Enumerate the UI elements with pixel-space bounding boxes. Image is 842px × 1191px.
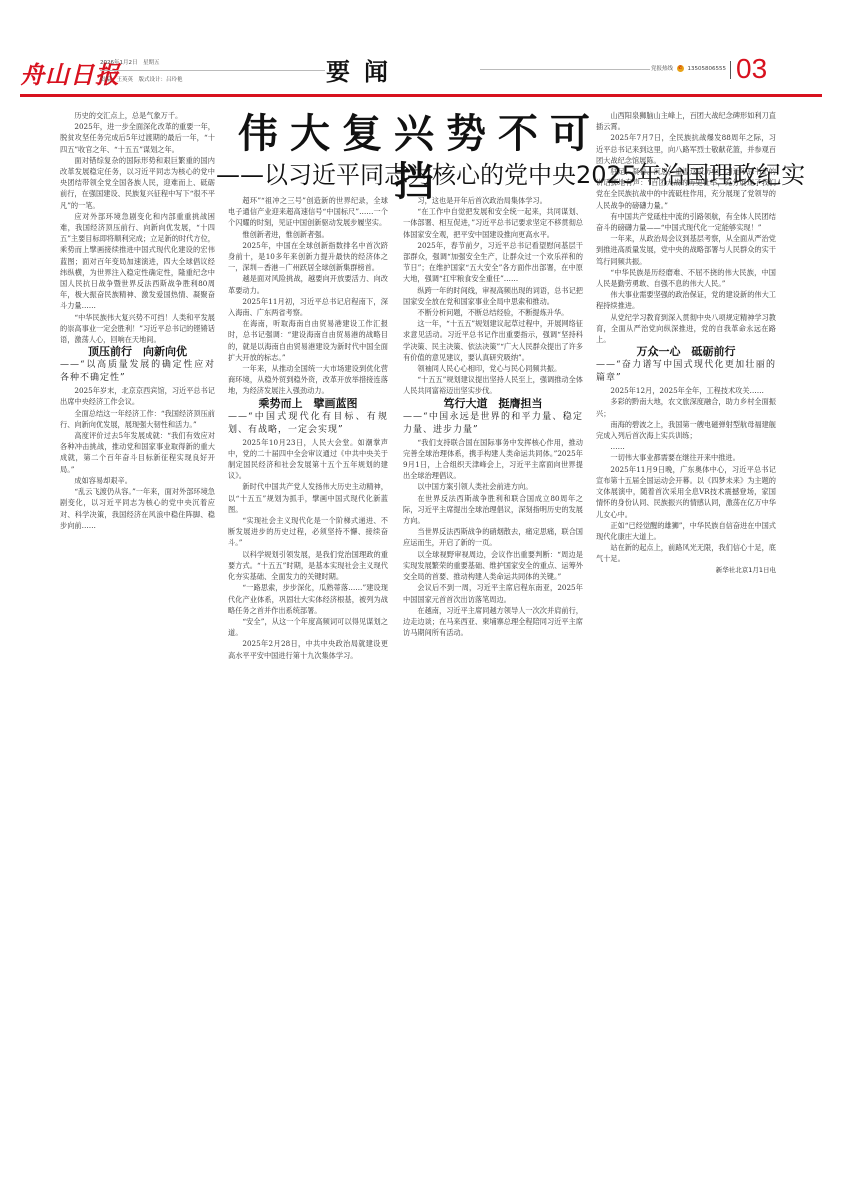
paragraph: 以全球视野审视周边，会议作出重要判断：“周边是实现发展繁荣的重要基础、维护国家安… [403,549,583,583]
wire-credit: 新华社北京1月1日电 [596,565,776,576]
paragraph: 2025年11月初，习近平总书记启程南下，深入海南、广东两省考察。 [228,296,388,318]
paragraph: “中华民族伟大复兴势不可挡！人类和平发展的崇高事业一定会胜利！”习近平总书记的铿… [60,312,215,346]
paragraph: 领袖同人民心心相印，党心与民心同频共振。 [403,363,583,374]
paragraph: 超环”“祖冲之三号”创造新的世界纪录，全球电子通信产业迎来超高速信号“中国标尺”… [228,195,388,229]
masthead: 舟山日报 2026年1月2日 星期五 责编：王英英 版式设计：吕玲艳 [20,55,322,95]
section-heading-2: 乘势而上 擘画蓝图 [228,397,388,411]
article-column-4: 山西阳泉狮脑山主峰上，百团大战纪念碑形如利刀直插云霄。 2025年7月7日，全民… [596,110,776,576]
paragraph: 在海南，听取海南自由贸易港建设工作汇报时，总书记强调：“建设海南自由贸易港的战略… [228,318,388,363]
paragraph: 以中国方案引领人类社会前进方向。 [403,481,583,492]
paragraph: 会议后不到一周，习近平主席启程东南亚，2025年中国国家元首首次出访落笔周边。 [403,582,583,604]
paragraph: 纵跨一年的时间线，审视高频出现的词语，总书记把国家安全放在党和国家事业全局中思索… [403,285,583,307]
paragraph: 2025年，进一步全面深化改革的重要一年，脱贫攻坚任务完成后5年过渡期的最后一年… [60,121,215,155]
paragraph: 面对错综复杂的国际形势和艰巨繁重的国内改革发展稳定任务，以习近平同志为核心的党中… [60,155,215,211]
paragraph: 站在新的起点上，前路风光无限，我们信心十足，底气十足。 [596,542,776,564]
paragraph: 有中国共产党砥柱中流的引路领航，有全体人民团结奋斗的磅礴力量——“中国式现代化一… [596,211,776,233]
hotline: 党报热线 ✆ 13505806555 [651,64,726,72]
article-column-2: 超环”“祖冲之三号”创造新的世界纪录，全球电子通信产业迎来超高速信号“中国标尺”… [228,195,388,661]
paragraph: 山西阳泉狮脑山主峰上，百团大战纪念碑形如利刀直插云霄。 [596,110,776,132]
hotline-number: 13505806555 [688,66,727,72]
paragraph: 当世界反法西斯战争的硝烟散去，痛定思痛，联合国应运而生，开启了新的一页。 [403,526,583,548]
paragraph: “我们支持联合国在国际事务中发挥核心作用，推动完善全球治理体系，携手构建人类命运… [403,437,583,482]
paragraph: 新时代中国共产党人发扬伟大历史主动精神，以“十五五”规划为抓手，擘画中国式现代化… [228,481,388,515]
paragraph: 2025年岁末，北京京西宾馆，习近平总书记出席中央经济工作会议。 [60,385,215,407]
section-subheading-1: ——“以高质量发展的确定性应对各种不确定性” [60,359,215,385]
paragraph: 在世界反法西斯战争胜利和联合国成立80周年之际，习近平主席提出全球治理倡议，深刻… [403,493,583,527]
issue-meta: 2026年1月2日 星期五 责编：王英英 版式设计：吕玲艳 [100,58,325,83]
section-title: 要闻 [326,52,402,87]
paragraph: 成如容易却艰辛。 [60,475,215,486]
paragraph: 越是面对风险挑战，越要向开放要活力、向改革要动力。 [228,273,388,295]
paragraph: “一路思索，步步深化，瓜熟蒂落……”建设现代化产业体系，巩固壮大实体经济根基，被… [228,582,388,616]
article-column-3: 习，这也是开年后首次政治局集体学习。 “在工作中自觉把发展和安全统一起来，共同谋… [403,195,583,638]
paragraph: 2025年，中国在全球创新指数排名中首次跻身前十，是10多年来创新力提升最快的经… [228,240,388,274]
paragraph: 2025年10月23日，人民大会堂。如潮掌声中，党的二十届四中全会审议通过《中共… [228,437,388,482]
headline: 伟大复兴势不可挡 [235,110,605,206]
article-column-1: 历史的交汇点上，总是气象万千。 2025年，进一步全面深化改革的重要一年，脱贫攻… [60,110,215,531]
section-heading-3: 笃行大道 挺膺担当 [403,397,583,411]
paragraph: 不断分析问题，不断总结经验，不断提炼升华。 [403,307,583,318]
paragraph: 2025年，春节前夕，习近平总书记看望慰问基层干部群众，强调“加强安全生产，让群… [403,240,583,285]
paragraph: 南海的碧波之上，我国第一艘电磁弹射型航母福建舰完成入列后首次海上实兵训练； [596,419,776,441]
paragraph: 以科学规划引领发展，是我们党治国理政的重要方式。“十五五”时期，是基本实现社会主… [228,549,388,583]
paragraph: “在工作中自觉把发展和安全统一起来，共同谋划、一体部署、相互促进，”习近平总书记… [403,206,583,240]
paragraph: 正如“已经觉醒的雄狮”，中华民族自信奋进在中国式现代化康庄大道上。 [596,520,776,542]
phone-icon: ✆ [677,65,684,72]
paragraph: “安全”，从这一个年度高频词可以得见谋划之道。 [228,616,388,638]
paragraph: 一切伟大事业都需要在继往开来中推进。 [596,452,776,463]
section-subheading-2: ——“中国式现代化有目标、有规划、有战略，一定会实现” [228,411,388,437]
paragraph: 一年来，从政治局会议到基层考察，从全面从严治党到推进高质量发展，党中央的战略部署… [596,233,776,267]
page-number: 03 [736,55,767,83]
paragraph: 从党纪学习教育到深入贯彻中央八项规定精神学习教育，全面从严治党向纵深推进，党的自… [596,312,776,346]
paragraph: “十五五”规划建议提出坚持人民至上，强调推动全体人民共同富裕迈出坚实步伐。 [403,374,583,396]
paragraph: 高度评价过去5年发展成就：“我们有效应对各种冲击挑战，推动党和国家事业取得新的重… [60,430,215,475]
paragraph: 历史的交汇点上，总是气象万千。 [60,110,215,121]
masthead-red-rule [20,94,822,97]
page-number-divider [730,61,731,79]
paragraph: 2025年12月，2025年全年，工程技术攻关…… [596,385,776,396]
paragraph: “实现社会主义现代化是一个阶梯式递进、不断发展进步的历史过程，必须坚持不懈、接续… [228,515,388,549]
paragraph: 习，这也是开年后首次政治局集体学习。 [403,195,583,206]
paragraph: 全面总结这一年经济工作：“我国经济顶压前行、向新向优发展，展现强大韧性和活力。” [60,408,215,430]
section-heading-1: 顶压前行 向新向优 [60,345,215,359]
header-divider [480,69,650,70]
subheadline: ——以习近平同志为核心的党中央2025年治国理政纪实 [216,160,626,190]
paragraph: “乱云飞渡仍从容。”一年来，面对外部环境急剧变化，以习近平同志为核心的党中央沉着… [60,486,215,531]
paragraph: 多彩的黔南大地，农文旅深度融合，助力乡村全面振兴； [596,396,776,418]
paragraph: 2025年11月9日晚，广东奥体中心，习近平总书记宣布第十五届全国运动会开幕。以… [596,464,776,520]
paragraph: “中华民族是历经磨难、不屈不挠的伟大民族，中国人民是勤劳勇敢、自强不息的伟大人民… [596,267,776,289]
editor-credit: 责编：王英英 版式设计：吕玲艳 [100,71,325,83]
paragraph: 2025年7月7日，全民族抗战爆发88周年之际，习近平总书记来到这里，向八路军烈… [596,132,776,166]
section-subheading-3: ——“中国永远是世界的和平力量、稳定力量、进步力量” [403,411,583,437]
hotline-label: 党报热线 [651,66,673,72]
paragraph: 驻足、凝看、沉思，重温这段历史，习近平总书记的讲话掷地有声：“百团大战的历史壮举… [596,166,776,211]
paragraph: …… [596,441,776,452]
paragraph: 在越南，习近平主席同越方领导人一次次并肩前行，边走边谈；在马来西亚、柬埔寨总理全… [403,605,583,639]
paragraph: 这一年，“十五五”规划建议起草过程中，开展网络征求意见活动。习近平总书记作出重要… [403,318,583,363]
section-subheading-4: ——“奋力谱写中国式现代化更加壮丽的篇章” [596,359,776,385]
section-heading-4: 万众一心 砥砺前行 [596,345,776,359]
paragraph: 伟大事业需要坚强的政治保证，党的建设新的伟大工程持续推进。 [596,289,776,311]
paragraph: 2025年2月28日，中共中央政治局就建设更高水平平安中国进行第十九次集体学习。 [228,638,388,660]
paragraph: 应对外部环境急剧变化和内部重重挑战困难，我国经济顶压前行、向新向优发展，“十四五… [60,211,215,312]
issue-date: 2026年1月2日 星期五 [100,58,325,71]
paragraph: 一年来，从推动全国统一大市场建设到优化营商环境，从稳外贸到稳外资，改革开放举措接… [228,363,388,397]
paragraph: 惟创新者进，惟创新者强。 [228,229,388,240]
